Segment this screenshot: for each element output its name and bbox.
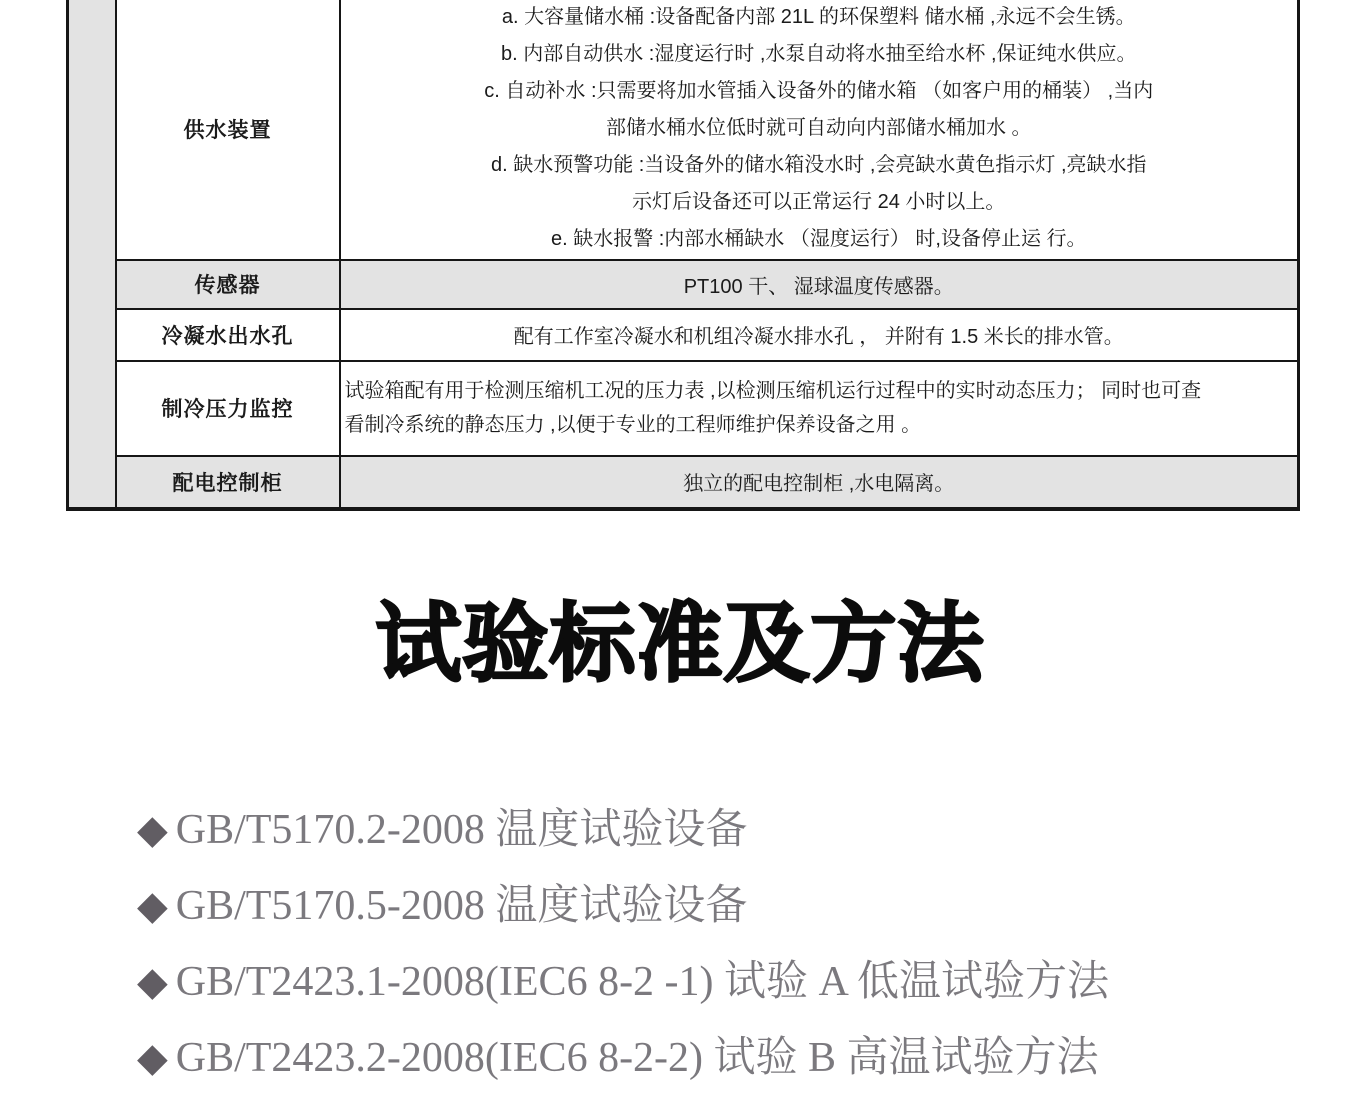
table-left-strip-cell [68, 0, 116, 509]
standard-text: GB/T2423.1-2008(IEC6 8-2 -1) 试验 A 低温试验方法 [176, 959, 1109, 1005]
row-header-condensate-drain: 冷凝水出水孔 [116, 309, 340, 361]
row-value-condensate-drain: 配有工作室冷凝水和机组冷凝水排水孔 ， 并附有 1.5 米长的排水管。 [340, 309, 1299, 361]
standard-item: ◆GB/T5170.5-2008 温度试验设备 [137, 868, 1109, 944]
supply-line-a: a. 大容量储水桶 :设备配备内部 21L 的环保塑料 储水桶 ,永远不会生锈。 [341, 0, 1298, 36]
diamond-bullet-icon: ◆ [137, 883, 168, 929]
row-header-water-supply: 供水装置 [116, 0, 340, 260]
power-line: 独立的配电控制柜 ,水电隔离。 [341, 467, 1298, 496]
table-row-refrigeration-pressure: 制冷压力监控 试验箱配有用于检测压缩机工况的压力表 ,以检测压缩机运行过程中的实… [68, 361, 1299, 456]
row-value-refrigeration-pressure: 试验箱配有用于检测压缩机工况的压力表 ,以检测压缩机运行过程中的实时动态压力； … [340, 361, 1299, 456]
table-row-condensate-drain: 冷凝水出水孔 配有工作室冷凝水和机组冷凝水排水孔 ， 并附有 1.5 米长的排水… [68, 309, 1299, 361]
row-header-refrigeration-pressure: 制冷压力监控 [116, 361, 340, 456]
row-header-sensor: 传感器 [116, 260, 340, 309]
supply-line-d: d. 缺水预警功能 :当设备外的储水箱没水时 ,会亮缺水黄色指示灯 ,亮缺水指 [341, 147, 1298, 184]
standard-item: ◆GB/T2423.2-2008(IEC6 8-2-2) 试验 B 高温试验方法 [137, 1020, 1109, 1096]
drain-line: 配有工作室冷凝水和机组冷凝水排水孔 ， 并附有 1.5 米长的排水管。 [341, 320, 1298, 349]
diamond-bullet-icon: ◆ [137, 1035, 168, 1081]
diamond-bullet-icon: ◆ [137, 959, 168, 1005]
table-row-water-supply: 供水装置 a. 大容量储水桶 :设备配备内部 21L 的环保塑料 储水桶 ,永远… [68, 0, 1299, 260]
standard-text: GB/T5170.5-2008 温度试验设备 [176, 883, 748, 929]
standard-text: GB/T2423.2-2008(IEC6 8-2-2) 试验 B 高温试验方法 [176, 1035, 1099, 1081]
row-value-power-cabinet: 独立的配电控制柜 ,水电隔离。 [340, 456, 1299, 509]
row-value-water-supply: a. 大容量储水桶 :设备配备内部 21L 的环保塑料 储水桶 ,永远不会生锈。… [340, 0, 1299, 260]
diamond-bullet-icon: ◆ [137, 807, 168, 853]
supply-line-e: e. 缺水报警 :内部水桶缺水 （湿度运行） 时,设备停止运 行。 [341, 221, 1298, 258]
supply-line-d2: 示灯后设备还可以正常运行 24 小时以上。 [341, 184, 1298, 221]
standards-list: ◆GB/T5170.2-2008 温度试验设备 ◆GB/T5170.5-2008… [137, 792, 1109, 1096]
row-header-power-cabinet: 配电控制柜 [116, 456, 340, 509]
standard-item: ◆GB/T2423.1-2008(IEC6 8-2 -1) 试验 A 低温试验方… [137, 944, 1109, 1020]
page: 供水装置 a. 大容量储水桶 :设备配备内部 21L 的环保塑料 储水桶 ,永远… [0, 0, 1360, 1100]
pressure-line-1: 试验箱配有用于检测压缩机工况的压力表 ,以检测压缩机运行过程中的实时动态压力； … [345, 374, 1296, 408]
sensor-line: PT100 干、 湿球温度传感器。 [341, 270, 1298, 299]
standard-item: ◆GB/T5170.2-2008 温度试验设备 [137, 792, 1109, 868]
table-row-power-cabinet: 配电控制柜 独立的配电控制柜 ,水电隔离。 [68, 456, 1299, 509]
spec-table: 供水装置 a. 大容量储水桶 :设备配备内部 21L 的环保塑料 储水桶 ,永远… [66, 0, 1300, 511]
supply-line-c: c. 自动补水 :只需要将加水管插入设备外的储水箱 （如客户用的桶装） ,当内 [341, 73, 1298, 110]
table-row-sensor: 传感器 PT100 干、 湿球温度传感器。 [68, 260, 1299, 309]
supply-line-c2: 部储水桶水位低时就可自动向内部储水桶加水 。 [341, 110, 1298, 147]
supply-line-b: b. 内部自动供水 :湿度运行时 ,水泵自动将水抽至给水杯 ,保证纯水供应。 [341, 36, 1298, 73]
standard-text: GB/T5170.2-2008 温度试验设备 [176, 807, 748, 853]
pressure-line-2: 看制冷系统的静态压力 ,以便于专业的工程师维护保养设备之用 。 [345, 408, 1296, 442]
section-title: 试验标准及方法 [0, 596, 1360, 692]
row-value-sensor: PT100 干、 湿球温度传感器。 [340, 260, 1299, 309]
